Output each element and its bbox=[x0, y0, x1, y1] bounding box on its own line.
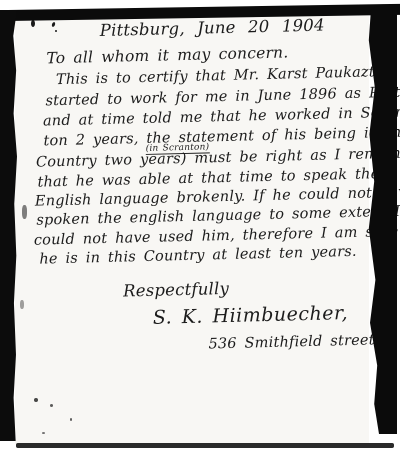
scan-frame-left-edge bbox=[0, 10, 17, 441]
scan-speckle bbox=[70, 418, 72, 421]
scan-speckle bbox=[55, 30, 57, 32]
letter-body-line: This is to certify that Mr. Karst Paukaz… bbox=[56, 64, 391, 88]
letter-address: 536 Smithfield street bbox=[208, 332, 375, 352]
scan-speckle bbox=[20, 300, 24, 309]
scan-speckle bbox=[22, 205, 27, 219]
scan-speckle bbox=[31, 20, 35, 27]
letter-text: Pittsburg, June 20 1904 To all whom it m… bbox=[0, 0, 400, 452]
letter-closing: Respectfully bbox=[123, 279, 229, 301]
scan-speckle bbox=[34, 398, 38, 402]
letter-signature: S. K. Hiimbuecher, bbox=[153, 302, 349, 329]
scan-speckle bbox=[42, 432, 45, 434]
scanned-letter: Pittsburg, June 20 1904 To all whom it m… bbox=[0, 0, 400, 452]
letter-salutation: To all whom it may concern. bbox=[46, 43, 288, 67]
letter-dateline: Pittsburg, June 20 1904 bbox=[100, 16, 325, 40]
scan-speckle bbox=[50, 404, 53, 407]
letter-insertion-note: (in Scranton) bbox=[146, 142, 210, 155]
scan-frame-bottom-edge bbox=[16, 443, 394, 448]
